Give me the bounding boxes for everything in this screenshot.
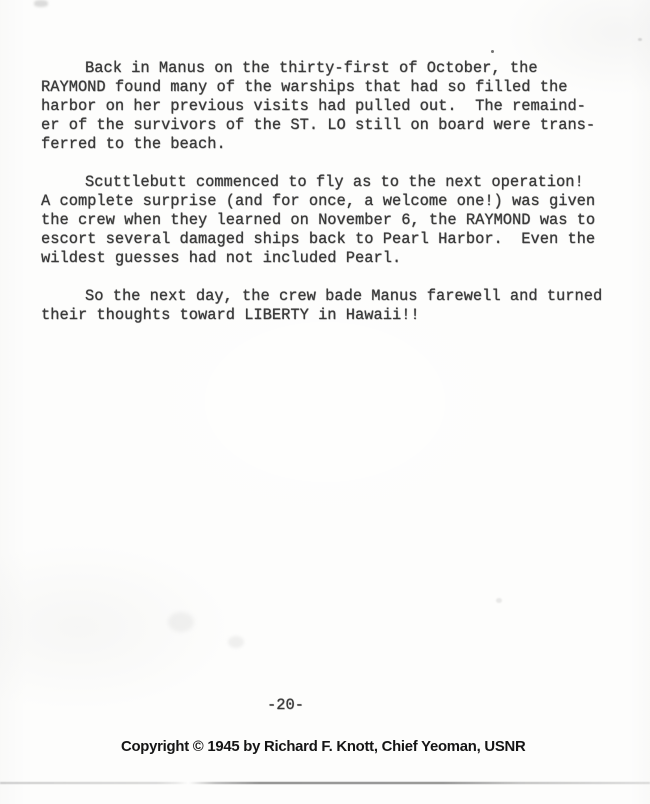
typed-line: escort several damaged ships back to Pea… [41, 230, 616, 249]
typed-line: er of the survivors of the ST. LO still … [41, 116, 616, 135]
scan-blotch [168, 612, 194, 632]
copyright-line: Copyright © 1945 by Richard F. Knott, Ch… [121, 738, 525, 755]
typed-line: their thoughts toward LIBERTY in Hawaii!… [41, 306, 616, 325]
typed-line: RAYMOND found many of the warships that … [41, 78, 616, 97]
typed-line: Scuttlebutt commenced to fly as to the n… [41, 173, 616, 192]
typed-line: harbor on her previous visits had pulled… [41, 97, 616, 116]
typed-line: So the next day, the crew bade Manus far… [41, 287, 616, 306]
scan-speck [638, 38, 642, 41]
paragraph-manus-return: Back in Manus on the thirty-first of Oct… [41, 59, 616, 154]
typed-line: ferred to the beach. [41, 135, 616, 154]
scan-page-edge [0, 782, 650, 784]
typed-line: Back in Manus on the thirty-first of Oct… [41, 59, 616, 78]
scanned-document-page: Back in Manus on the thirty-first of Oct… [0, 0, 650, 804]
paragraph-farewell: So the next day, the crew bade Manus far… [41, 287, 616, 325]
typed-body-text: Back in Manus on the thirty-first of Oct… [41, 59, 616, 344]
scan-smudge [34, 0, 48, 7]
scan-blotch [228, 636, 244, 648]
paragraph-scuttlebutt: Scuttlebutt commenced to fly as to the n… [41, 173, 616, 268]
scan-blotch [496, 598, 502, 603]
typed-line: wildest guesses had not included Pearl. [41, 249, 616, 268]
page-number: -20- [267, 696, 304, 715]
typed-line: A complete surprise (and for once, a wel… [41, 192, 616, 211]
ink-speck [491, 50, 494, 53]
typed-line: the crew when they learned on November 6… [41, 211, 616, 230]
